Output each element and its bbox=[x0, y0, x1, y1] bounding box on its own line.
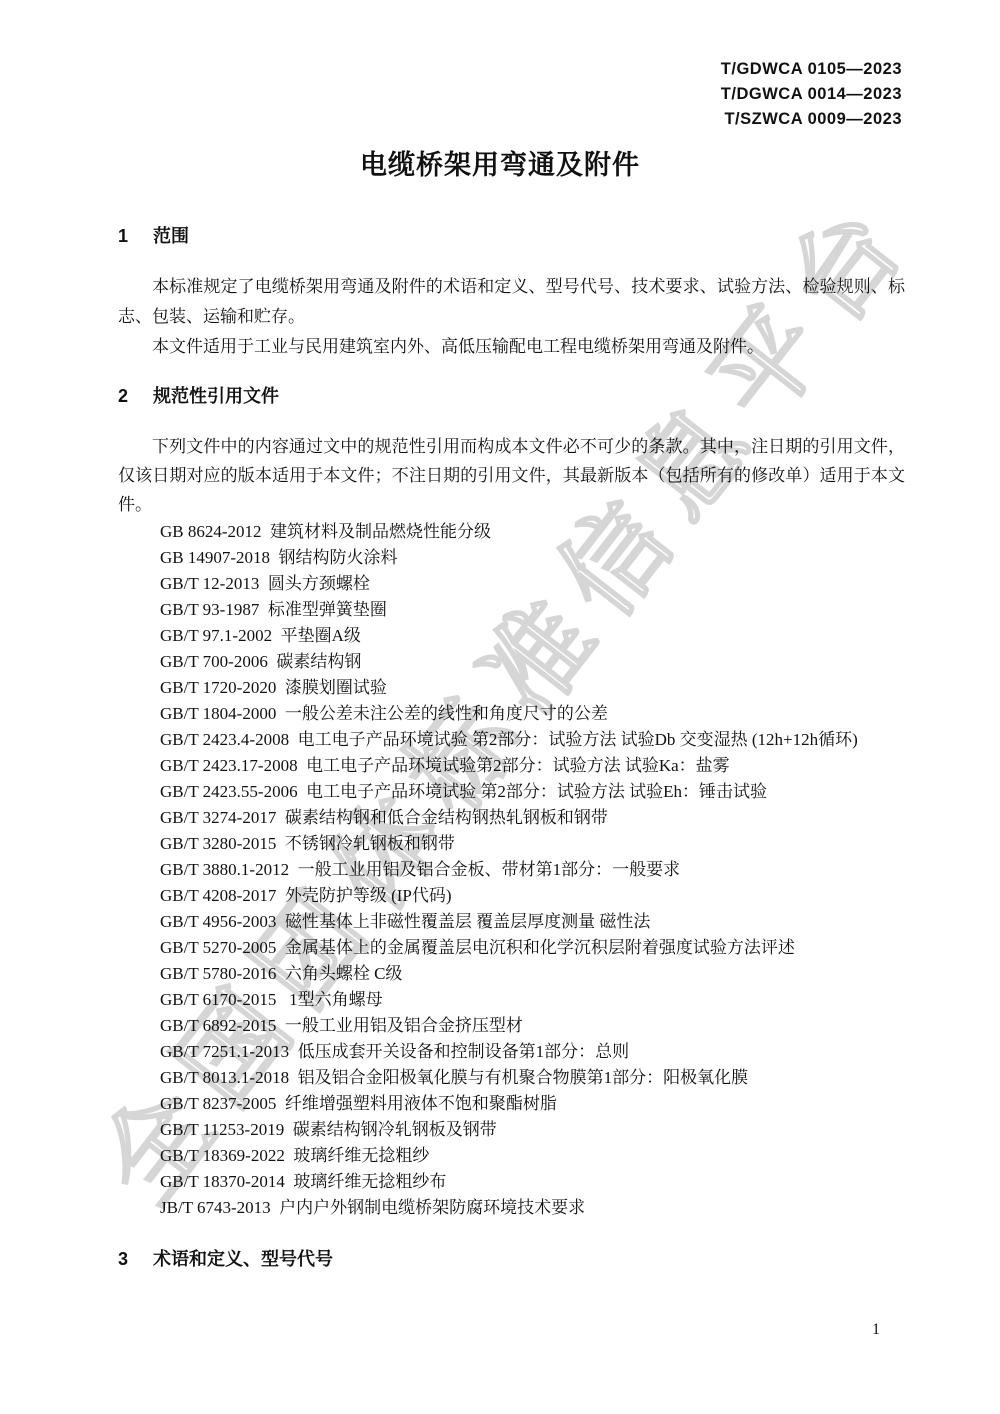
reference-item: GB/T 8013.1-2018 铝及铝合金阳极氧化膜与有机聚合物膜第1部分：阳… bbox=[118, 1065, 905, 1091]
reference-item: GB/T 3274-2017 碳素结构钢和低合金结构钢热轧钢板和钢带 bbox=[118, 805, 905, 831]
reference-item: GB/T 6892-2015 一般工业用铝及铝合金挤压型材 bbox=[118, 1013, 905, 1039]
normative-references-intro: 下列文件中的内容通过文中的规范性引用而构成本文件必不可少的条款。其中，注日期的引… bbox=[118, 432, 905, 519]
reference-item: GB/T 2423.4-2008 电工电子产品环境试验 第2部分：试验方法 试验… bbox=[118, 727, 905, 753]
reference-item: JB/T 6743-2013 户内户外钢制电缆桥架防腐环境技术要求 bbox=[118, 1195, 905, 1221]
reference-item: GB/T 93-1987 标准型弹簧垫圈 bbox=[118, 597, 905, 623]
reference-item: GB/T 3280-2015 不锈钢冷轧钢板和钢带 bbox=[118, 831, 905, 857]
reference-item: GB/T 5270-2005 金属基体上的金属覆盖层电沉积和化学沉积层附着强度试… bbox=[118, 935, 905, 961]
standard-codes: T/GDWCA 0105—2023 T/DGWCA 0014—2023 T/SZ… bbox=[721, 57, 902, 132]
scope-paragraph-2: 本文件适用于工业与民用建筑室内外、高低压输配电工程电缆桥架用弯通及附件。 bbox=[118, 332, 905, 362]
reference-item: GB/T 4208-2017 外壳防护等级 (IP代码) bbox=[118, 883, 905, 909]
reference-item: GB/T 6170-2015 1型六角螺母 bbox=[118, 987, 905, 1013]
section-heading-terms: 3 术语和定义、型号代号 bbox=[118, 1247, 905, 1271]
reference-item: GB/T 7251.1-2013 低压成套开关设备和控制设备第1部分：总则 bbox=[118, 1039, 905, 1065]
section-title: 术语和定义、型号代号 bbox=[153, 1249, 333, 1269]
reference-item: GB/T 18370-2014 玻璃纤维无捻粗纱布 bbox=[118, 1169, 905, 1195]
reference-item: GB/T 1804-2000 一般公差未注公差的线性和角度尺寸的公差 bbox=[118, 701, 905, 727]
section-title: 规范性引用文件 bbox=[153, 386, 279, 406]
reference-item: GB/T 700-2006 碳素结构钢 bbox=[118, 649, 905, 675]
reference-item: GB/T 11253-2019 碳素结构钢冷轧钢板及钢带 bbox=[118, 1117, 905, 1143]
section-number: 3 bbox=[118, 1249, 128, 1269]
section-number: 1 bbox=[118, 226, 128, 246]
section-number: 2 bbox=[118, 386, 128, 406]
document-page: 全国团体标准信息平台 T/GDWCA 0105—2023 T/DGWCA 001… bbox=[0, 0, 1000, 1414]
reference-item: GB/T 12-2013 圆头方颈螺栓 bbox=[118, 571, 905, 597]
reference-item: GB/T 2423.55-2006 电工电子产品环境试验 第2部分：试验方法 试… bbox=[118, 779, 905, 805]
standard-code-1: T/GDWCA 0105—2023 bbox=[721, 57, 902, 82]
section-title: 范围 bbox=[153, 226, 189, 246]
reference-item: GB/T 2423.17-2008 电工电子产品环境试验第2部分：试验方法 试验… bbox=[118, 753, 905, 779]
reference-item: GB/T 18369-2022 玻璃纤维无捻粗纱 bbox=[118, 1143, 905, 1169]
reference-list: GB 8624-2012 建筑材料及制品燃烧性能分级GB 14907-2018 … bbox=[118, 519, 905, 1221]
reference-item: GB/T 4956-2003 磁性基体上非磁性覆盖层 覆盖层厚度测量 磁性法 bbox=[118, 909, 905, 935]
scope-paragraph-1: 本标准规定了电缆桥架用弯通及附件的术语和定义、型号代号、技术要求、试验方法、检验… bbox=[118, 272, 905, 332]
reference-item: GB 14907-2018 钢结构防火涂料 bbox=[118, 545, 905, 571]
standard-code-2: T/DGWCA 0014—2023 bbox=[721, 82, 902, 107]
document-body: 1 范围 本标准规定了电缆桥架用弯通及附件的术语和定义、型号代号、技术要求、试验… bbox=[118, 224, 905, 1271]
reference-item: GB/T 8237-2005 纤维增强塑料用液体不饱和聚酯树脂 bbox=[118, 1091, 905, 1117]
page-number: 1 bbox=[872, 1318, 880, 1342]
reference-item: GB 8624-2012 建筑材料及制品燃烧性能分级 bbox=[118, 519, 905, 545]
section-heading-scope: 1 范围 bbox=[118, 224, 905, 248]
standard-code-3: T/SZWCA 0009—2023 bbox=[721, 107, 902, 132]
document-title: 电缆桥架用弯通及附件 bbox=[0, 143, 1000, 182]
reference-item: GB/T 5780-2016 六角头螺栓 C级 bbox=[118, 961, 905, 987]
reference-item: GB/T 3880.1-2012 一般工业用铝及铝合金板、带材第1部分：一般要求 bbox=[118, 857, 905, 883]
reference-item: GB/T 1720-2020 漆膜划圈试验 bbox=[118, 675, 905, 701]
section-heading-normative-references: 2 规范性引用文件 bbox=[118, 384, 905, 408]
reference-item: GB/T 97.1-2002 平垫圈A级 bbox=[118, 623, 905, 649]
